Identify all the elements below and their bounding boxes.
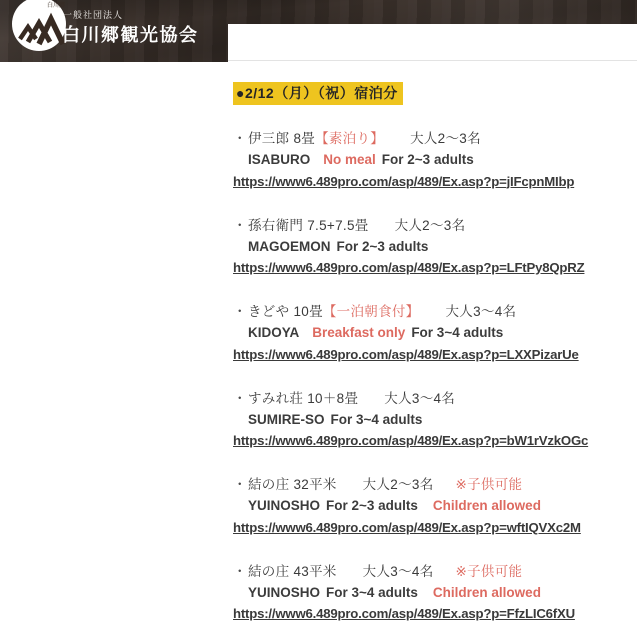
capacity-jp: 大人2〜3名 — [410, 128, 481, 149]
room-name-en: YUINOSHO — [248, 495, 320, 516]
room-line-jp: ・結の庄 43平米大人3〜4名※子供可能 — [233, 561, 637, 582]
date-heading: ●2/12（月）（祝）宿泊分 — [233, 82, 403, 105]
bullet-icon: ・ — [233, 128, 248, 149]
url-line: https://www6.489pro.com/asp/489/Ex.asp?p… — [233, 430, 637, 451]
capacity-en: For 2~3 adults — [382, 149, 474, 170]
capacity-jp: 大人3〜4名 — [363, 561, 434, 582]
gassho-roofs-icon: 白川郷 — [11, 0, 67, 55]
listing-entry: ・孫右衛門 7.5+7.5畳大人2〜3名 MAGOEMONFor 2~3 adu… — [233, 215, 637, 279]
listing-entry: ・すみれ荘 10＋8畳大人3〜4名 SUMIRE-SOFor 3~4 adult… — [233, 388, 637, 452]
org-name-label: 白川郷観光協会 — [62, 21, 199, 47]
room-name-en: ISABURO — [248, 149, 310, 170]
room-line-en: YUINOSHOFor 2~3 adultsChildren allowed — [233, 495, 637, 516]
capacity-en: For 2~3 adults — [326, 495, 418, 516]
capacity-jp: 大人2〜3名 — [395, 215, 466, 236]
url-line: https://www6.489pro.com/asp/489/Ex.asp?p… — [233, 257, 637, 278]
room-line-jp: ・結の庄 32平米大人2〜3名※子供可能 — [233, 474, 637, 495]
site-logo[interactable]: 白川郷 — [11, 0, 67, 55]
url-line: https://www6.489pro.com/asp/489/Ex.asp?p… — [233, 603, 637, 624]
booking-link[interactable]: https://www6.489pro.com/asp/489/Ex.asp?p… — [233, 260, 584, 275]
url-line: https://www6.489pro.com/asp/489/Ex.asp?p… — [233, 344, 637, 365]
room-line-jp: ・すみれ荘 10＋8畳大人3〜4名 — [233, 388, 637, 409]
plan-en: No meal — [323, 149, 376, 170]
booking-link[interactable]: https://www6.489pro.com/asp/489/Ex.asp?p… — [233, 174, 574, 189]
room-name-jp: 結の庄 43平米 — [248, 561, 337, 582]
room-line-jp: ・伊三郎 8畳【素泊り】大人2〜3名 — [233, 128, 637, 149]
capacity-en: For 3~4 adults — [411, 322, 503, 343]
capacity-jp: 大人3〜4名 — [384, 388, 455, 409]
note-en: Children allowed — [433, 582, 541, 603]
url-line: https://www6.489pro.com/asp/489/Ex.asp?p… — [233, 171, 637, 192]
note-jp: ※子供可能 — [456, 561, 523, 582]
capacity-en: For 3~4 adults — [331, 409, 423, 430]
room-name-jp: きどや 10畳 — [248, 301, 323, 322]
bullet-icon: ・ — [233, 215, 248, 236]
room-name-jp: 結の庄 32平米 — [248, 474, 337, 495]
listing-entry: ・結の庄 43平米大人3〜4名※子供可能 YUINOSHOFor 3~4 adu… — [233, 561, 637, 625]
listing-entry: ・きどや 10畳【一泊朝食付】大人3〜4名 KIDOYABreakfast on… — [233, 301, 637, 365]
bullet-icon: ・ — [233, 474, 248, 495]
room-name-jp: すみれ荘 10＋8畳 — [248, 388, 358, 409]
booking-link[interactable]: https://www6.489pro.com/asp/489/Ex.asp?p… — [233, 606, 575, 621]
listing-entry: ・伊三郎 8畳【素泊り】大人2〜3名 ISABURONo mealFor 2~3… — [233, 128, 637, 192]
nav-strip — [228, 24, 637, 61]
capacity-jp: 大人3〜4名 — [445, 301, 516, 322]
bullet-icon: ・ — [233, 301, 248, 322]
plan-en: Breakfast only — [312, 322, 405, 343]
plan-jp: 【素泊り】 — [315, 128, 384, 149]
capacity-jp: 大人2〜3名 — [363, 474, 434, 495]
capacity-en: For 3~4 adults — [326, 582, 418, 603]
room-line-en: ISABURONo mealFor 2~3 adults — [233, 149, 637, 170]
room-name-en: YUINOSHO — [248, 582, 320, 603]
room-line-en: MAGOEMONFor 2~3 adults — [233, 236, 637, 257]
content-panel: ●2/12（月）（祝）宿泊分 ・伊三郎 8畳【素泊り】大人2〜3名 ISABUR… — [228, 24, 637, 640]
room-name-en: SUMIRE-SO — [248, 409, 325, 430]
note-en: Children allowed — [433, 495, 541, 516]
capacity-en: For 2~3 adults — [337, 236, 429, 257]
room-listing: ・伊三郎 8畳【素泊り】大人2〜3名 ISABURONo mealFor 2~3… — [233, 128, 637, 624]
room-line-en: KIDOYABreakfast onlyFor 3~4 adults — [233, 322, 637, 343]
booking-link[interactable]: https://www6.489pro.com/asp/489/Ex.asp?p… — [233, 520, 581, 535]
org-type-label: 一般社団法人 — [63, 8, 123, 21]
booking-link[interactable]: https://www6.489pro.com/asp/489/Ex.asp?p… — [233, 433, 588, 448]
room-line-jp: ・きどや 10畳【一泊朝食付】大人3〜4名 — [233, 301, 637, 322]
room-name-en: KIDOYA — [248, 322, 299, 343]
room-line-en: SUMIRE-SOFor 3~4 adults — [233, 409, 637, 430]
url-line: https://www6.489pro.com/asp/489/Ex.asp?p… — [233, 517, 637, 538]
room-line-en: YUINOSHOFor 3~4 adultsChildren allowed — [233, 582, 637, 603]
bullet-icon: ・ — [233, 561, 248, 582]
plan-jp: 【一泊朝食付】 — [323, 301, 420, 322]
listing-entry: ・結の庄 32平米大人2〜3名※子供可能 YUINOSHOFor 2~3 adu… — [233, 474, 637, 538]
bullet-icon: ・ — [233, 388, 248, 409]
booking-link[interactable]: https://www6.489pro.com/asp/489/Ex.asp?p… — [233, 347, 579, 362]
main-content: ●2/12（月）（祝）宿泊分 ・伊三郎 8畳【素泊り】大人2〜3名 ISABUR… — [228, 61, 637, 624]
room-line-jp: ・孫右衛門 7.5+7.5畳大人2〜3名 — [233, 215, 637, 236]
room-name-jp: 伊三郎 8畳 — [248, 128, 315, 149]
room-name-jp: 孫右衛門 7.5+7.5畳 — [248, 215, 369, 236]
room-name-en: MAGOEMON — [248, 236, 331, 257]
note-jp: ※子供可能 — [456, 474, 523, 495]
